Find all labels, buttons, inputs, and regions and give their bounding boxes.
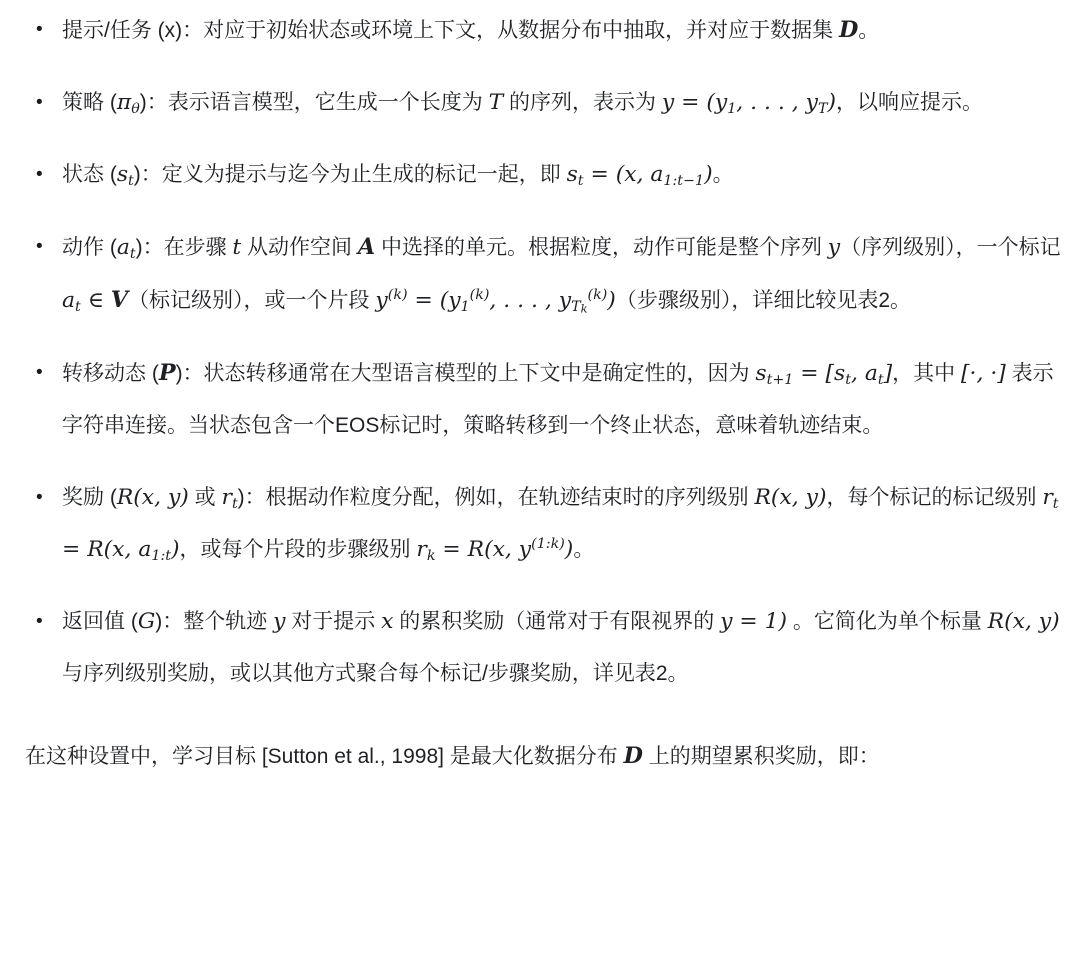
math-run: (k) (588, 287, 608, 303)
math-run: G (138, 609, 155, 634)
list-item-return: •返回值 (G)：整个轨迹 y 对于提示 x 的累积奖励（通常对于有限视界的 y… (62, 596, 1062, 700)
math-run: s (117, 162, 128, 187)
math-run: 1 (727, 101, 736, 117)
math-run: T (571, 299, 581, 315)
math-run: P (159, 360, 176, 386)
math-run: , a (851, 361, 878, 386)
document-body: •提示/任务 (x)：对应于初始状态或环境上下文，从数据分布中抽取，并对应于数据… (0, 0, 1080, 783)
math-run: y = (y (662, 90, 727, 115)
math-run: R(x, y) (755, 485, 827, 510)
math-run: r (1042, 485, 1052, 510)
list-item-transition-dynamics: •转移动态 (P)：状态转移通常在大型语言模型的上下文中是确定性的，因为 st+… (62, 347, 1062, 452)
math-run: R(x, y) (988, 609, 1060, 634)
text-run: )：状态转移通常在大型语言模型的上下文中是确定性的，因为 (176, 362, 756, 385)
math-run: ) (171, 537, 180, 562)
text-run: 动作 ( (62, 236, 117, 259)
text-run: （步骤级别），详细比较见表2。 (616, 289, 911, 312)
list-item-prompt-task: •提示/任务 (x)：对应于初始状态或环境上下文，从数据分布中抽取，并对应于数据… (62, 4, 1062, 57)
math-run: V (111, 287, 128, 313)
math-run: k (581, 302, 588, 316)
math-run: [·, ·] (961, 361, 1006, 386)
math-run: s (755, 361, 766, 386)
text-run: （序列级别），一个标记 (840, 236, 1061, 259)
math-run: (k) (470, 287, 490, 303)
math-run: ) (704, 162, 713, 187)
math-run: y = 1) (720, 609, 787, 634)
math-run: R(x, y) (117, 485, 189, 510)
text-run: 转移动态 ( (62, 362, 159, 385)
math-run: T (489, 90, 504, 115)
text-run: 。它简化为单个标量 (787, 610, 988, 633)
text-run: 返回值 ( (62, 610, 138, 633)
text-run: 状态 ( (62, 163, 117, 186)
bullet-icon: • (36, 347, 43, 399)
math-run: t+1 (767, 372, 794, 388)
math-run: y (273, 609, 285, 634)
text-run: )：在步骤 (136, 236, 233, 259)
bullet-icon: • (36, 77, 43, 129)
bullet-icon: • (36, 149, 43, 201)
bullet-icon: • (36, 4, 43, 56)
text-run: （标记级别），或一个片段 (128, 289, 375, 312)
math-run: = (y (408, 288, 461, 313)
text-run: 。 (573, 538, 594, 561)
math-run: a (117, 235, 130, 260)
list-item-policy: •策略 (πθ)：表示语言模型，它生成一个长度为 T 的序列，表示为 y = (… (62, 77, 1062, 129)
text-run: 与序列级别奖励，或以其他方式聚合每个标记/步骤奖励，详见表2。 (62, 662, 689, 685)
bullet-icon: • (36, 596, 43, 648)
text-run: )：定义为提示与迄今为止生成的标记一起，即 (134, 163, 567, 186)
text-run: 。 (713, 163, 734, 186)
text-run: 策略 ( (62, 91, 117, 114)
math-run: y (828, 235, 840, 260)
math-run: r (222, 485, 232, 510)
text-run: ，以响应提示。 (836, 91, 983, 114)
math-run: 1:t−1 (663, 173, 704, 189)
math-run: 1 (461, 299, 470, 315)
math-run: y (375, 288, 387, 313)
closing-paragraph: 在这种设置中，学习目标 [Sutton et al., 1998] 是最大化数据… (25, 730, 1062, 783)
math-run: θ (131, 101, 140, 117)
math-run: (k) (388, 287, 408, 303)
list-item-reward: •奖励 (R(x, y) 或 rt)：根据动作粒度分配，例如，在轨迹结束时的序列… (62, 472, 1062, 576)
math-run: 1:t (151, 548, 171, 564)
math-run: T (818, 101, 828, 117)
math-run: D (624, 743, 643, 769)
text-run: 的累积奖励（通常对于有限视界的 (393, 610, 720, 633)
text-run: 中选择的单元。根据粒度，动作可能是整个序列 (375, 236, 828, 259)
math-run: ∈ (81, 288, 111, 313)
text-run: 提示/任务 (x)：对应于初始状态或环境上下文，从数据分布中抽取，并对应于数据集 (62, 19, 839, 42)
math-run: t (232, 235, 241, 260)
text-run: ，每个标记的标记级别 (827, 486, 1043, 509)
math-run: , . . . , y (736, 90, 818, 115)
math-run: = [s (793, 361, 845, 386)
text-run: )：表示语言模型，它生成一个长度为 (140, 91, 489, 114)
math-run: s (567, 162, 578, 187)
list-item-action: •动作 (at)：在步骤 t 从动作空间 A 中选择的单元。根据粒度，动作可能是… (62, 221, 1062, 327)
list-item-state: •状态 (st)：定义为提示与迄今为止生成的标记一起，即 st = (x, a1… (62, 149, 1062, 201)
text-run: 上的期望累积奖励，即： (643, 745, 880, 768)
math-run: A (358, 234, 375, 260)
text-run: 对于提示 (285, 610, 381, 633)
math-run: = R(x, a (62, 537, 151, 562)
math-run: π (117, 90, 131, 115)
text-run: 。 (858, 19, 879, 42)
text-run: ，或每个片段的步骤级别 (180, 538, 417, 561)
math-run: x (381, 609, 393, 634)
math-run: = R(x, y (435, 537, 531, 562)
bullet-icon: • (36, 221, 43, 273)
math-run: t (1053, 496, 1059, 512)
math-run: ) (607, 288, 616, 313)
math-run: D (839, 17, 858, 43)
math-run: = (x, a (584, 162, 664, 187)
text-run: )：根据动作粒度分配，例如，在轨迹结束时的序列级别 (238, 486, 755, 509)
math-run: ] (884, 361, 893, 386)
math-run: , . . . , y (489, 288, 571, 313)
concept-list: •提示/任务 (x)：对应于初始状态或环境上下文，从数据分布中抽取，并对应于数据… (25, 4, 1062, 700)
math-run: a (62, 288, 75, 313)
text-run: 或 (189, 486, 222, 509)
math-run: (1:k) (531, 536, 565, 552)
text-run: ，其中 (892, 362, 961, 385)
text-run: 的序列，表示为 (503, 91, 662, 114)
text-run: 奖励 ( (62, 486, 117, 509)
math-run: ) (828, 90, 837, 115)
text-run: 从动作空间 (241, 236, 358, 259)
text-run: 在这种设置中，学习目标 [Sutton et al., 1998] 是最大化数据… (25, 745, 624, 768)
text-run: )：整个轨迹 (155, 610, 273, 633)
math-run: r (416, 537, 426, 562)
bullet-icon: • (36, 472, 43, 524)
